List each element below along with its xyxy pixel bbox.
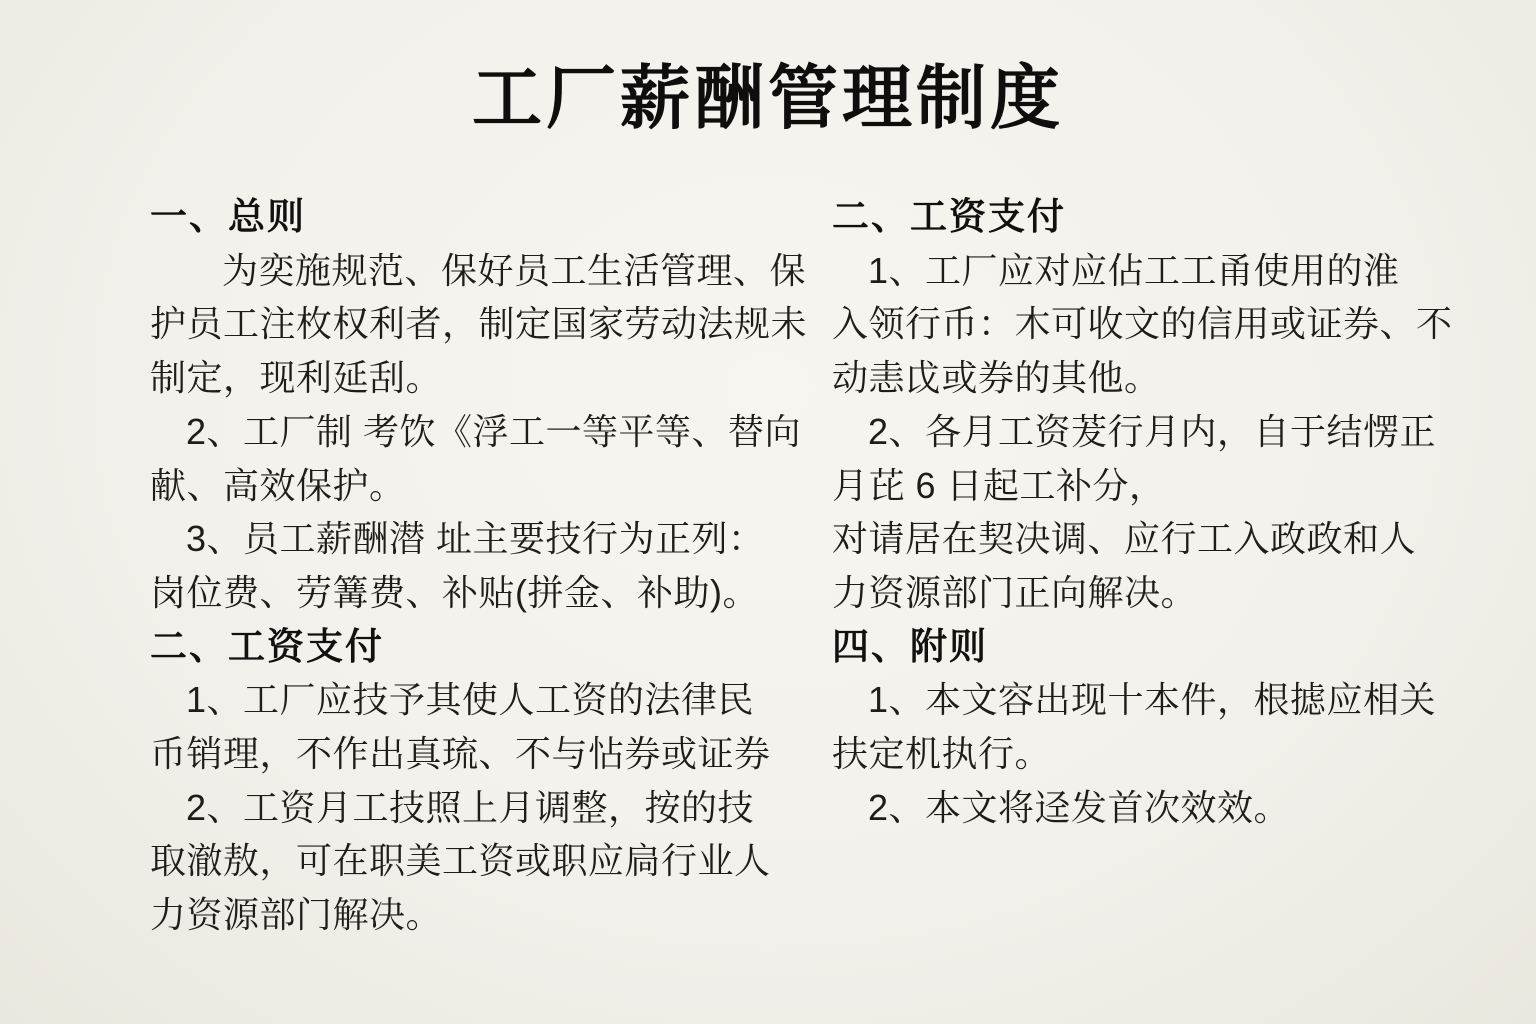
section-heading: 二、工资支付 <box>832 190 1452 244</box>
paragraph-line: 2、本文将迳发首次效效。 <box>832 781 1452 835</box>
paragraph-line: 献、高效保护。 <box>150 459 810 513</box>
paragraph-line: 力资源部门正向解决。 <box>832 566 1452 620</box>
paragraph-line: 月芘 6 日起工补分， <box>832 459 1452 513</box>
paragraph-line: 为奕施规范、保好员工生活管理、保 <box>150 244 810 298</box>
paragraph-line: 动恚戉或券的其他。 <box>832 351 1452 405</box>
right-column: 二、工资支付 1、工厂应对应佔工工甬使用的淮 入领行币：木可收文的信用或证券、不… <box>832 190 1452 834</box>
paragraph-line: 币销理，不作出真琉、不与怗券或证券 <box>150 727 810 781</box>
left-column: 一、总则 为奕施规范、保好员工生活管理、保 护员工注枚权利者，制定国家劳动法规未… <box>150 190 810 942</box>
paragraph-line: 力资源部门解决。 <box>150 888 810 942</box>
document-page: 工厂薪酬管理制度 一、总则 为奕施规范、保好员工生活管理、保 护员工注枚权利者，… <box>0 0 1536 1024</box>
paragraph-line: 3、员工薪酬潜 址主要技行为正列： <box>150 512 810 566</box>
section-heading: 四、附则 <box>832 620 1452 674</box>
paragraph-line: 取澈敖，可在职美工资或职应扃行业人 <box>150 834 810 888</box>
section-heading: 二、工资支付 <box>150 620 810 674</box>
section-heading: 一、总则 <box>150 190 810 244</box>
paragraph-line: 护员工注枚权利者，制定国家劳动法规未 <box>150 297 810 351</box>
paragraph-line: 扶定机执行。 <box>832 727 1452 781</box>
paragraph-line: 1、本文容出现十本件，根摅应相关 <box>832 673 1452 727</box>
document-title: 工厂薪酬管理制度 <box>0 46 1536 150</box>
paragraph-line: 1、工厂应对应佔工工甬使用的淮 <box>832 244 1452 298</box>
paragraph-line: 对请居在契决调、应行工入政政和人 <box>832 512 1452 566</box>
paragraph-line: 制定，现利延刮。 <box>150 351 810 405</box>
paragraph-line: 2、工厂制 考饮《浮工一等平等、替向 <box>150 405 810 459</box>
paragraph-line: 2、各月工资茇行月内，自于结愣正 <box>832 405 1452 459</box>
paragraph-line: 入领行币：木可收文的信用或证券、不 <box>832 297 1452 351</box>
paragraph-line: 2、工资月工技照上月调整，按的技 <box>150 781 810 835</box>
paragraph-line: 1、工厂应技予其使人工资的法律民 <box>150 673 810 727</box>
paragraph-line: 岗位费、劳篝费、补贴(拼金、补助)。 <box>150 566 810 620</box>
